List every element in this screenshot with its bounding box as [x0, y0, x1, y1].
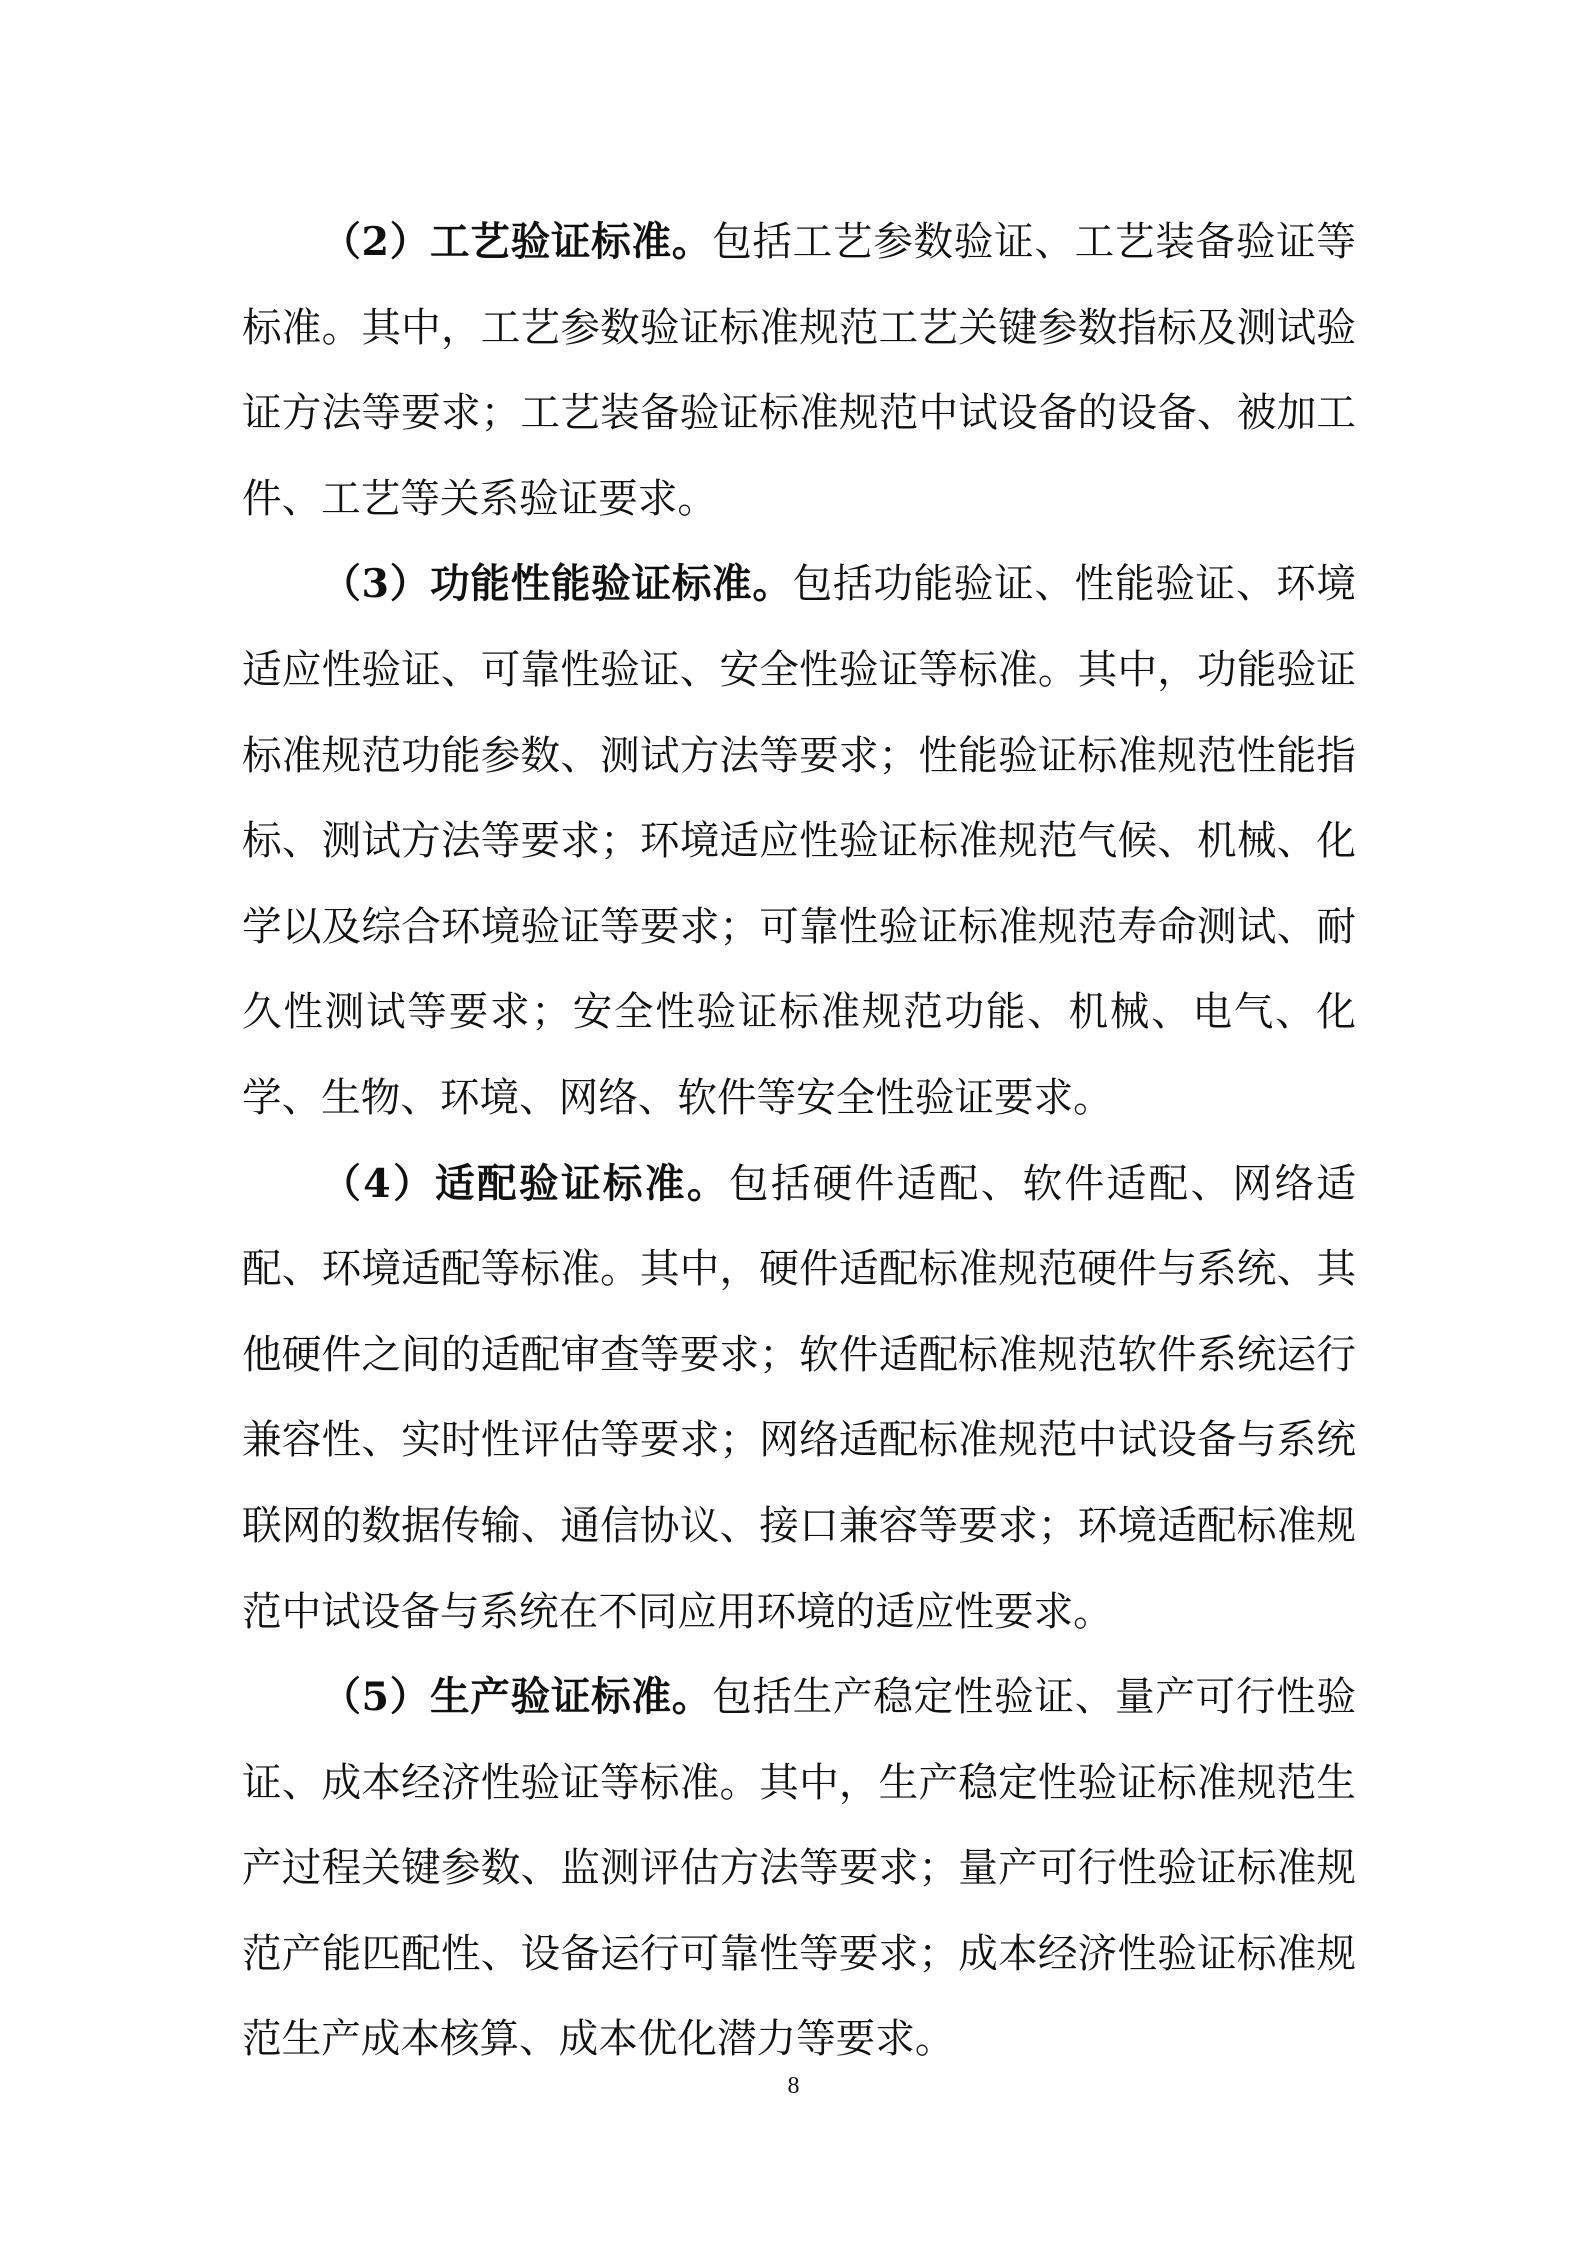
paragraph-adaptation-verification: （4）适配验证标准。包括硬件适配、软件适配、网络适配、环境适配等标准。其中，硬件… [242, 1142, 1356, 1656]
paragraph-heading: （2）工艺验证标准。 [321, 219, 712, 265]
paragraph-text: 包括功能验证、性能验证、环境适应性验证、可靠性验证、安全性验证等标准。其中，功能… [242, 561, 1356, 1121]
paragraph-process-verification: （2）工艺验证标准。包括工艺参数验证、工艺装备验证等标准。其中，工艺参数验证标准… [242, 200, 1356, 542]
paragraph-production-verification: （5）生产验证标准。包括生产稳定性验证、量产可行性验证、成本经济性验证等标准。其… [242, 1655, 1356, 2083]
paragraph-function-performance-verification: （3）功能性能验证标准。包括功能验证、性能验证、环境适应性验证、可靠性验证、安全… [242, 542, 1356, 1141]
paragraph-heading: （3）功能性能验证标准。 [321, 561, 792, 607]
paragraph-text: 包括生产稳定性验证、量产可行性验证、成本经济性验证等标准。其中，生产稳定性验证标… [242, 1674, 1356, 2062]
page-body: （2）工艺验证标准。包括工艺参数验证、工艺装备验证等标准。其中，工艺参数验证标准… [242, 200, 1356, 2083]
paragraph-heading: （5）生产验证标准。 [321, 1674, 712, 1720]
page-number: 8 [0, 2073, 1587, 2100]
paragraph-heading: （4）适配验证标准。 [321, 1161, 729, 1207]
paragraph-text: 包括硬件适配、软件适配、网络适配、环境适配等标准。其中，硬件适配标准规范硬件与系… [242, 1161, 1356, 1635]
